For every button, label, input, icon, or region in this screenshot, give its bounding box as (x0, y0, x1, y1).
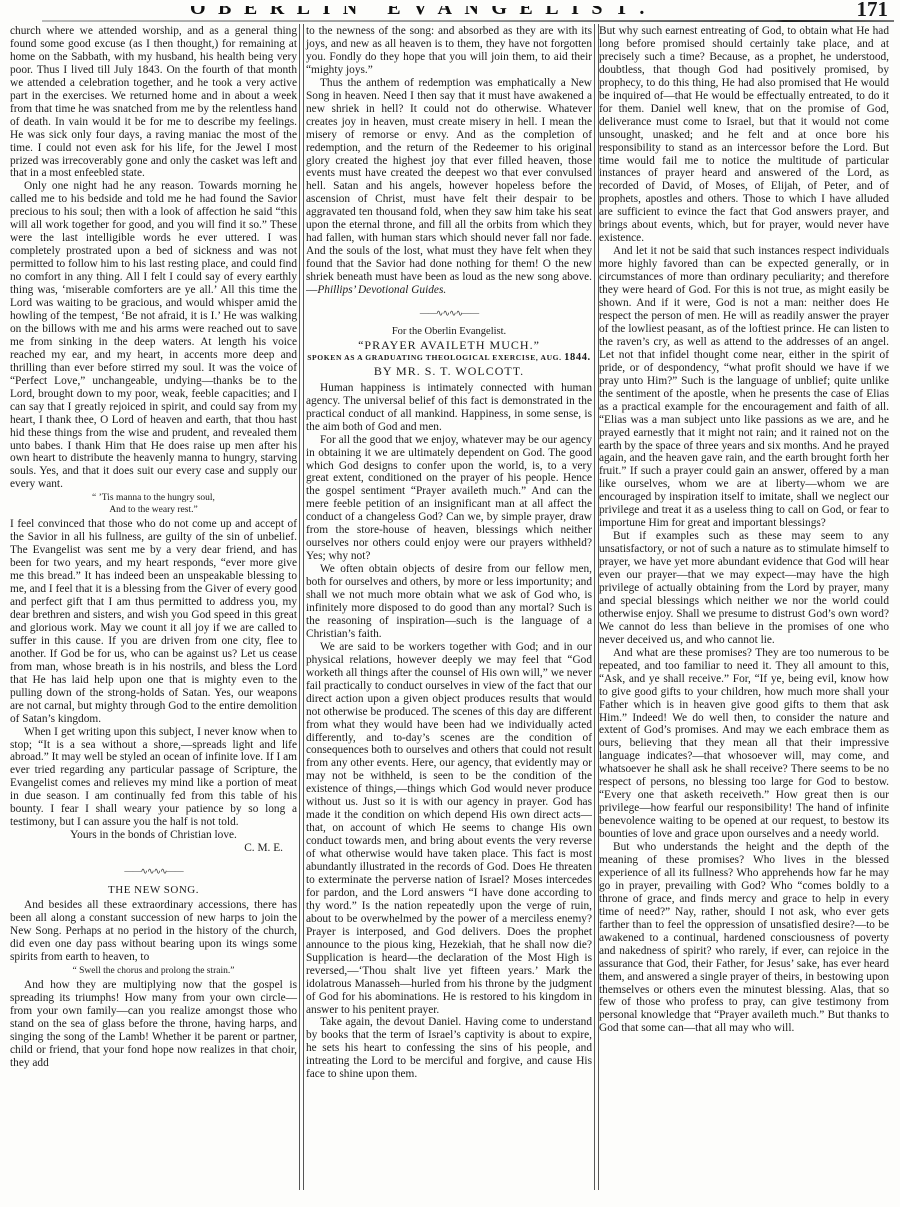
article-title: “PRAYER AVAILETH MUCH.” (306, 339, 592, 352)
article-paragraph: to the newness of the song: and absorbed… (306, 25, 592, 77)
article-paragraph: And besides all these extraordinary acce… (10, 899, 297, 964)
verse-quote: “ Swell the chorus and prolong the strai… (10, 966, 297, 978)
article-paragraph: But if examples such as these may seem t… (599, 530, 889, 647)
article-paragraph: We often obtain objects of desire from o… (306, 563, 592, 641)
article-paragraph: We are said to be workers together with … (306, 641, 592, 1017)
masthead-rule (42, 20, 894, 22)
article-paragraph: For all the good that we enjoy, whatever… (306, 434, 592, 564)
source-citation: Phillips’ Devotional Guides. (317, 284, 446, 296)
letter-paragraph: church where we attended worship, and as… (10, 25, 297, 180)
verse-line: “ ’Tis manna to the hungry soul, (10, 493, 297, 505)
ornamental-divider: ——∿∿∿∿—— (10, 865, 297, 878)
subtitle-text: SPOKEN AS A GRADUATING THEOLOGICAL EXERC… (307, 353, 561, 362)
masthead: OBERLIN EVANGELIST. 171 (0, 0, 900, 20)
article-paragraph: And let it not be said that such instanc… (599, 245, 889, 530)
article-paragraph: But who understands the height and the d… (599, 841, 889, 1035)
article-paragraph: Take again, the devout Daniel. Having co… (306, 1016, 592, 1081)
newspaper-title: OBERLIN EVANGELIST. (190, 0, 710, 19)
letter-paragraph: I feel convinced that those who do not c… (10, 518, 297, 725)
paragraph-text: Thus the anthem of redemption was emphat… (306, 77, 592, 296)
article-paragraph: Human happiness is intimately connected … (306, 382, 592, 434)
ornamental-divider: ——∿∿∿∿—— (306, 307, 592, 320)
page-number: 171 (857, 0, 889, 20)
verse-line: And to the weary rest.” (10, 505, 297, 517)
column-2: to the newness of the song: and absorbed… (306, 25, 592, 1081)
column-rule-1 (299, 24, 304, 1190)
column-3: But why such earnest entreating of God, … (599, 25, 889, 1035)
letter-signoff: Yours in the bonds of Christian love. (10, 829, 297, 842)
article-paragraph: And what are these promises? They are to… (599, 647, 889, 841)
article-byline: BY MR. S. T. WOLCOTT. (306, 365, 592, 378)
article-paragraph: But why such earnest entreating of God, … (599, 25, 889, 245)
letter-paragraph: Only one night had he any reason. Toward… (10, 180, 297, 491)
article-subtitle: SPOKEN AS A GRADUATING THEOLOGICAL EXERC… (306, 352, 592, 365)
subtitle-year: 1844. (564, 352, 591, 363)
letter-paragraph: When I get writing upon this subject, I … (10, 726, 297, 830)
column-1: church where we attended worship, and as… (10, 25, 297, 1070)
article-paragraph: And how they are multiplying now that th… (10, 979, 297, 1070)
verse-quote: “ ’Tis manna to the hungry soul, And to … (10, 493, 297, 516)
article-heading-new-song: THE NEW SONG. (10, 884, 297, 897)
article-attribution: For the Oberlin Evangelist. (306, 326, 592, 339)
article-paragraph: Thus the anthem of redemption was emphat… (306, 77, 592, 297)
letter-initials: C. M. E. (10, 842, 297, 855)
